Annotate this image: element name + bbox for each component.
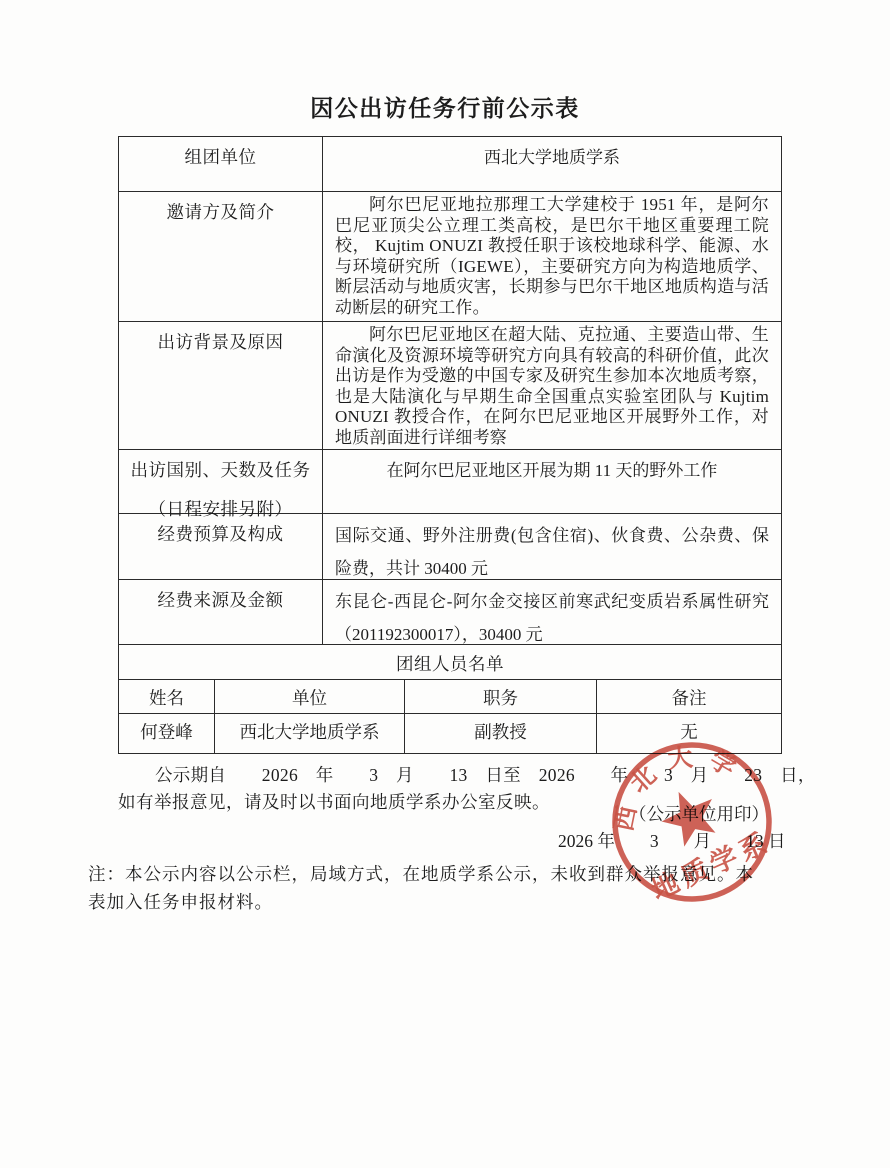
personnel-header-unit: 单位	[214, 680, 404, 713]
personnel-position: 副教授	[404, 714, 596, 753]
row-value-funding-source: 东昆仑-西昆仑-阿尔金交接区前寒武纪变质岩系属性研究（201192300017）…	[323, 580, 781, 644]
footnote-line1: 注：本公示内容以公示栏，局域方式，在地质学系公示，未收到群众举报意见。本	[88, 861, 754, 886]
row-value-organizing-unit: 西北大学地质学系	[323, 137, 781, 191]
personnel-name: 何登峰	[119, 714, 214, 753]
seal-placement-note: （公示单位用印）	[629, 801, 769, 826]
row-value-destination: 在阿尔巴尼亚地区开展为期 11 天的野外工作	[323, 450, 781, 513]
personnel-unit: 西北大学地质学系	[214, 714, 404, 753]
footnote-line2: 表加入任务申报材料。	[88, 889, 273, 914]
row-value-background: 阿尔巴尼亚地区在超大陆、克拉通、主要造山带、生命演化及资源环境等研究方向具有较高…	[323, 322, 781, 449]
personnel-header-name: 姓名	[119, 680, 214, 713]
personnel-remarks: 无	[596, 714, 781, 753]
signature-date: 2026 年 3 月 13 日	[558, 828, 786, 853]
personnel-header-position: 职务	[404, 680, 596, 713]
publicity-period-line2: 如有举报意见，请及时以书面向地质学系办公室反映。	[118, 789, 550, 814]
row-label-background: 出访背景及原因	[119, 322, 323, 449]
personnel-header-remarks: 备注	[596, 680, 781, 713]
row-label-destination-line1: 出访国别、天数及任务	[119, 457, 322, 482]
table-row: 出访背景及原因 阿尔巴尼亚地区在超大陆、克拉通、主要造山带、生命演化及资源环境等…	[119, 321, 781, 449]
row-label-organizing-unit: 组团单位	[119, 137, 323, 191]
row-label-budget: 经费预算及构成	[119, 514, 323, 579]
table-row: 经费预算及构成 国际交通、野外注册费(包含住宿)、伙食费、公杂费、保险费，共计 …	[119, 513, 781, 579]
table-row: 出访国别、天数及任务 （日程安排另附） 在阿尔巴尼亚地区开展为期 11 天的野外…	[119, 449, 781, 513]
main-table: 组团单位 西北大学地质学系 邀请方及简介 阿尔巴尼亚地拉那理工大学建校于 195…	[118, 136, 782, 754]
personnel-section-row: 团组人员名单	[119, 644, 781, 679]
personnel-data-row: 何登峰 西北大学地质学系 副教授 无	[119, 713, 781, 753]
publicity-period-line1: 公示期自 2026 年 3 月 13 日至 2026 年 3 月 23 日，	[118, 762, 816, 787]
document-title: 因公出访任务行前公示表	[0, 90, 890, 123]
row-value-inviting-party: 阿尔巴尼亚地拉那理工大学建校于 1951 年，是阿尔巴尼亚顶尖公立理工类高校，是…	[323, 192, 781, 321]
table-row: 邀请方及简介 阿尔巴尼亚地拉那理工大学建校于 1951 年，是阿尔巴尼亚顶尖公立…	[119, 191, 781, 321]
personnel-header-row: 姓名 单位 职务 备注	[119, 679, 781, 713]
personnel-section-title: 团组人员名单	[119, 645, 781, 679]
row-label-inviting-party: 邀请方及简介	[119, 192, 323, 321]
row-value-budget: 国际交通、野外注册费(包含住宿)、伙食费、公杂费、保险费，共计 30400 元	[323, 514, 781, 579]
row-label-destination: 出访国别、天数及任务 （日程安排另附）	[119, 450, 323, 513]
table-row: 组团单位 西北大学地质学系	[119, 137, 781, 191]
row-label-funding-source: 经费来源及金额	[119, 580, 323, 644]
scanned-document-page: 因公出访任务行前公示表 组团单位 西北大学地质学系 邀请方及简介 阿尔巴尼亚地拉…	[0, 0, 890, 1168]
table-row: 经费来源及金额 东昆仑-西昆仑-阿尔金交接区前寒武纪变质岩系属性研究（20119…	[119, 579, 781, 644]
